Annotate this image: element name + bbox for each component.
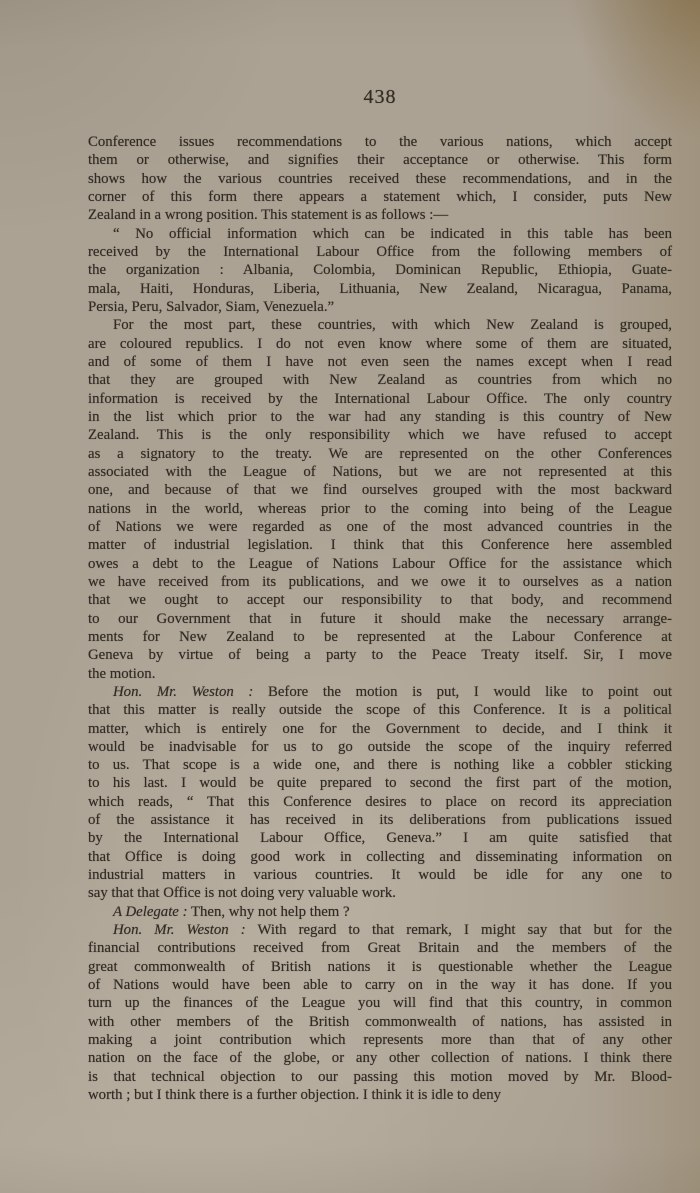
page-text: Conference issues recommendations to the… (88, 133, 672, 1104)
text-line: and of some of them I have not even seen… (88, 353, 672, 371)
text-line: making a joint contribution which repres… (88, 1031, 672, 1049)
text-line: with other members of the British common… (88, 1013, 672, 1031)
text-line: industrial matters in various countries.… (88, 866, 672, 884)
text-line: Conference issues recommendations to the… (88, 133, 672, 151)
text-line: say that that Office is not doing very v… (88, 884, 672, 902)
text-line: are coloured republics. I do not even kn… (88, 335, 672, 353)
text-line: For the most part, these countries, with… (88, 316, 672, 334)
text-line: Geneva by virtue of being a party to the… (88, 646, 672, 664)
text-line: one, and because of that we find ourselv… (88, 481, 672, 499)
text-line: matter of industrial legislation. I thin… (88, 536, 672, 554)
text-line: we have received from its publications, … (88, 573, 672, 591)
text-line: that this matter is really outside the s… (88, 701, 672, 719)
text-line: Zealand. This is the only responsibility… (88, 426, 672, 444)
speaker-name: Hon. Mr. Weston : (113, 922, 246, 938)
text-line: matter, which is entirely one for the Go… (88, 720, 672, 738)
line-text: Then, why not help them ? (188, 904, 350, 920)
text-line: information is received by the Internati… (88, 390, 672, 408)
text-line: owes a debt to the League of Nations Lab… (88, 555, 672, 573)
text-line: as a signatory to the treaty. We are rep… (88, 445, 672, 463)
text-line: to us. That scope is a wide one, and the… (88, 756, 672, 774)
text-line: is that technical objection to our passi… (88, 1068, 672, 1086)
text-line: the organization : Albania, Colombia, Do… (88, 261, 672, 279)
text-line: received by the International Labour Off… (88, 243, 672, 261)
text-line: Hon. Mr. Weston : With regard to that re… (88, 921, 672, 939)
text-line: mala, Haiti, Honduras, Liberia, Lithuani… (88, 280, 672, 298)
page-number: 438 (88, 86, 672, 109)
line-text: With regard to that remark, I might say … (246, 922, 672, 938)
text-line: of Nations we were regarded as one of th… (88, 518, 672, 536)
text-line: the motion. (88, 665, 672, 683)
text-line: in the list which prior to the war had a… (88, 408, 672, 426)
text-line: them or otherwise, and signifies their a… (88, 151, 672, 169)
text-line: by the International Labour Office, Gene… (88, 829, 672, 847)
text-line: of Nations would have been able to carry… (88, 976, 672, 994)
text-line: “ No official information which can be i… (88, 225, 672, 243)
text-line: that Office is doing good work in collec… (88, 848, 672, 866)
scanned-page: 438 Conference issues recommendations to… (0, 0, 700, 1193)
text-line: to his last. I would be quite prepared t… (88, 774, 672, 792)
text-line: Hon. Mr. Weston : Before the motion is p… (88, 683, 672, 701)
text-line: financial contributions received from Gr… (88, 939, 672, 957)
text-line: associated with the League of Nations, b… (88, 463, 672, 481)
text-line: great commonwealth of British nations it… (88, 958, 672, 976)
text-line: would be inadvisable for us to go outsid… (88, 738, 672, 756)
text-line: Persia, Peru, Salvador, Siam, Venezuela.… (88, 298, 672, 316)
text-line: corner of this form there appears a stat… (88, 188, 672, 206)
text-line: A Delegate : Then, why not help them ? (88, 903, 672, 921)
text-line: of the assistance it has received in its… (88, 811, 672, 829)
text-line: which reads, “ That this Conference desi… (88, 793, 672, 811)
line-text: Before the motion is put, I would like t… (253, 684, 672, 700)
text-line: ments for New Zealand to be represented … (88, 628, 672, 646)
text-line: nation on the face of the globe, or any … (88, 1049, 672, 1067)
speaker-name: A Delegate : (113, 904, 188, 920)
text-line: worth ; but I think there is a further o… (88, 1086, 672, 1104)
text-line: that we ought to accept our responsibili… (88, 591, 672, 609)
text-line: nations in the world, whereas prior to t… (88, 500, 672, 518)
text-line: that they are grouped with New Zealand a… (88, 371, 672, 389)
speaker-name: Hon. Mr. Weston : (113, 684, 253, 700)
text-line: shows how the various countries received… (88, 170, 672, 188)
text-line: turn up the finances of the League you w… (88, 994, 672, 1012)
text-line: Zealand in a wrong position. This statem… (88, 206, 672, 224)
text-line: to our Government that in future it shou… (88, 610, 672, 628)
